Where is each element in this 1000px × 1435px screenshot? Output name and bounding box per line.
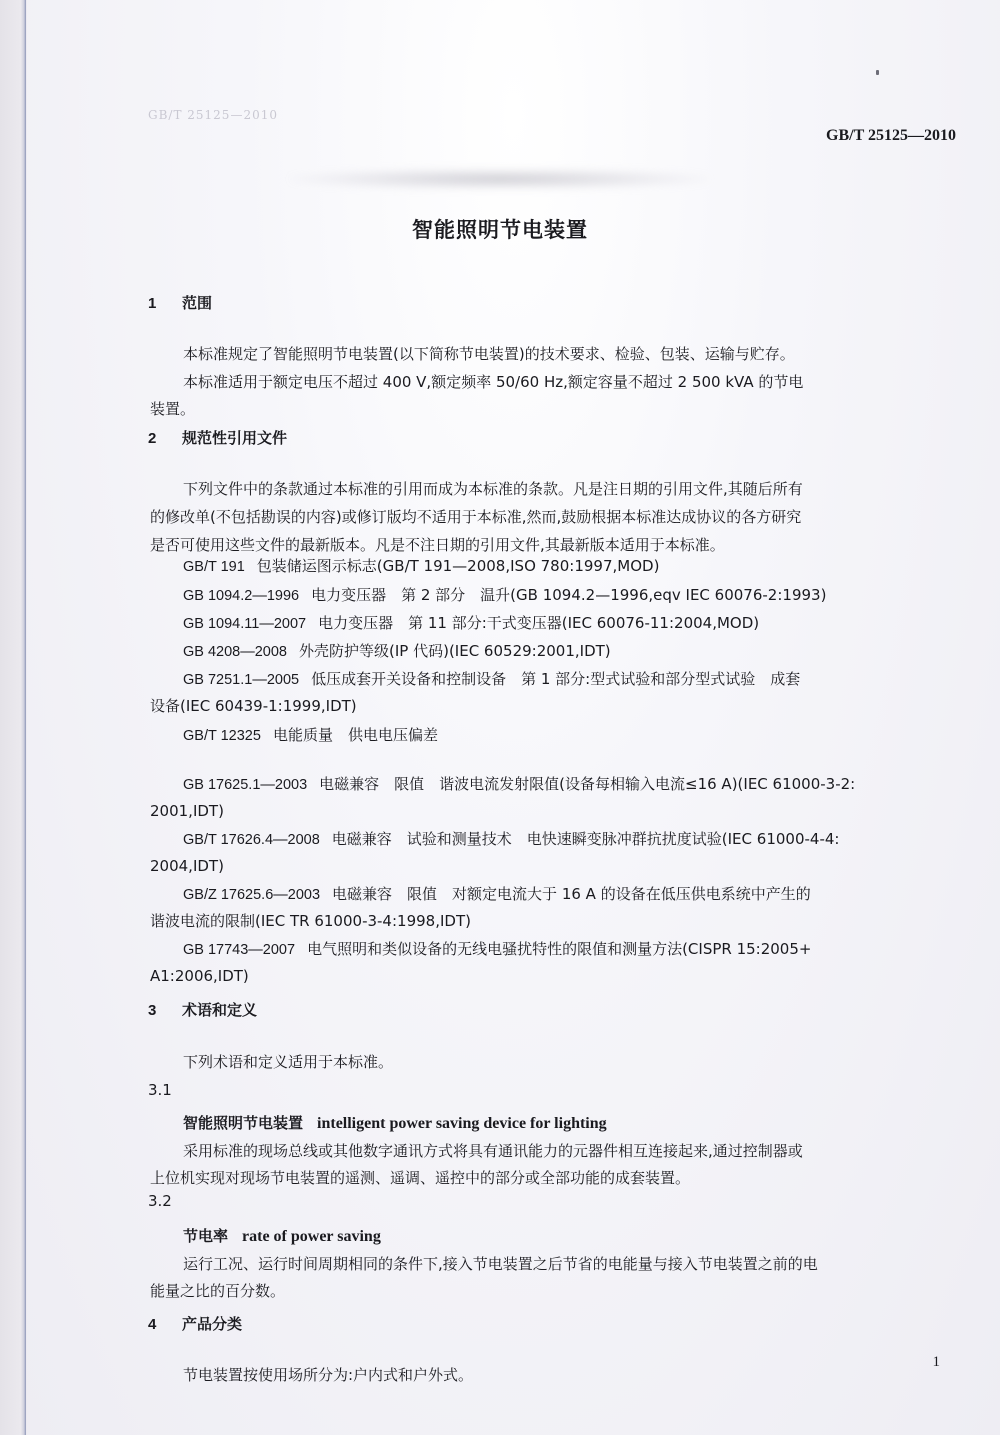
term-number: 3.2: [148, 1191, 172, 1211]
reference-item: GB/Z 17625.6—2003电磁兼容 限值 对额定电流大于 16 A 的设…: [183, 884, 811, 905]
section-3-heading: 3术语和定义: [148, 1000, 257, 1021]
section-4-heading: 4产品分类: [148, 1314, 242, 1335]
reference-item: GB 1094.2—1996电力变压器 第 2 部分 温升(GB 1094.2—…: [183, 585, 826, 606]
term-definition: 采用标准的现场总线或其他数字通讯方式将具有通讯能力的元器件相互连接起来,通过控制…: [183, 1141, 803, 1161]
section-1-heading: 1范围: [148, 293, 212, 314]
section-2-intro: 下列文件中的条款通过本标准的引用而成为本标准的条款。凡是注日期的引用文件,其随后…: [183, 479, 803, 499]
reference-item-continuation: 设备(IEC 60439-1:1999,IDT): [150, 696, 357, 716]
reference-item-continuation: 2004,IDT): [150, 856, 224, 876]
section-2-intro: 是否可使用这些文件的最新版本。凡是不注日期的引用文件,其最新版本适用于本标准。: [150, 535, 725, 555]
reference-item: GB 17625.1—2003电磁兼容 限值 谐波电流发射限值(设备每相输入电流…: [183, 774, 855, 795]
reference-item: GB 7251.1—2005低压成套开关设备和控制设备 第 1 部分:型式试验和…: [183, 669, 800, 690]
reference-item: GB/T 191包装储运图示标志(GB/T 191—2008,ISO 780:1…: [183, 556, 659, 577]
section-1-paragraph: 本标准规定了智能照明节电装置(以下简称节电装置)的技术要求、检验、包装、运输与贮…: [183, 344, 795, 364]
term-definition: 上位机实现对现场节电装置的遥测、遥调、遥控中的部分或全部功能的成套装置。: [150, 1168, 690, 1188]
standard-number: GB/T 25125—2010: [826, 127, 956, 145]
section-3-intro: 下列术语和定义适用于本标准。: [183, 1052, 393, 1072]
reference-item: GB 4208—2008外壳防护等级(IP 代码)(IEC 60529:2001…: [183, 641, 611, 662]
reference-item-continuation: 谐波电流的限制(IEC TR 61000-3-4:1998,IDT): [150, 911, 471, 931]
term-definition: 能量之比的百分数。: [150, 1281, 285, 1301]
document-title: 智能照明节电装置: [0, 214, 1000, 244]
term-title: 节电率rate of power saving: [183, 1226, 381, 1247]
page-number: 1: [933, 1354, 941, 1371]
scan-smudge: [290, 168, 710, 190]
reference-item: GB/T 12325电能质量 供电电压偏差: [183, 725, 438, 746]
reference-item: GB 17743—2007电气照明和类似设备的无线电骚扰特性的限值和测量方法(C…: [183, 939, 811, 960]
section-1-paragraph: 装置。: [150, 399, 195, 419]
reference-item-continuation: A1:2006,IDT): [150, 966, 249, 986]
section-2-intro: 的修改单(不包括勘误的内容)或修订版均不适用于本标准,然而,鼓励根据本标准达成协…: [150, 507, 801, 527]
term-definition: 运行工况、运行时间周期相同的条件下,接入节电装置之后节省的电能量与接入节电装置之…: [183, 1254, 818, 1274]
section-4-paragraph: 节电装置按使用场所分为:户内式和户外式。: [183, 1365, 473, 1385]
reference-item: GB/T 17626.4—2008电磁兼容 试验和测量技术 电快速瞬变脉冲群抗扰…: [183, 829, 839, 850]
bleed-through-header: GB/T 25125—2010: [148, 108, 278, 122]
section-1-paragraph: 本标准适用于额定电压不超过 400 V,额定频率 50/60 Hz,额定容量不超…: [183, 372, 803, 392]
term-title: 智能照明节电装置intelligent power saving device …: [183, 1113, 607, 1134]
scan-speck: [876, 70, 879, 75]
section-2-heading: 2规范性引用文件: [148, 428, 287, 449]
term-number: 3.1: [148, 1080, 172, 1100]
reference-item-continuation: 2001,IDT): [150, 801, 224, 821]
reference-item: GB 1094.11—2007电力变压器 第 11 部分:干式变压器(IEC 6…: [183, 613, 759, 634]
